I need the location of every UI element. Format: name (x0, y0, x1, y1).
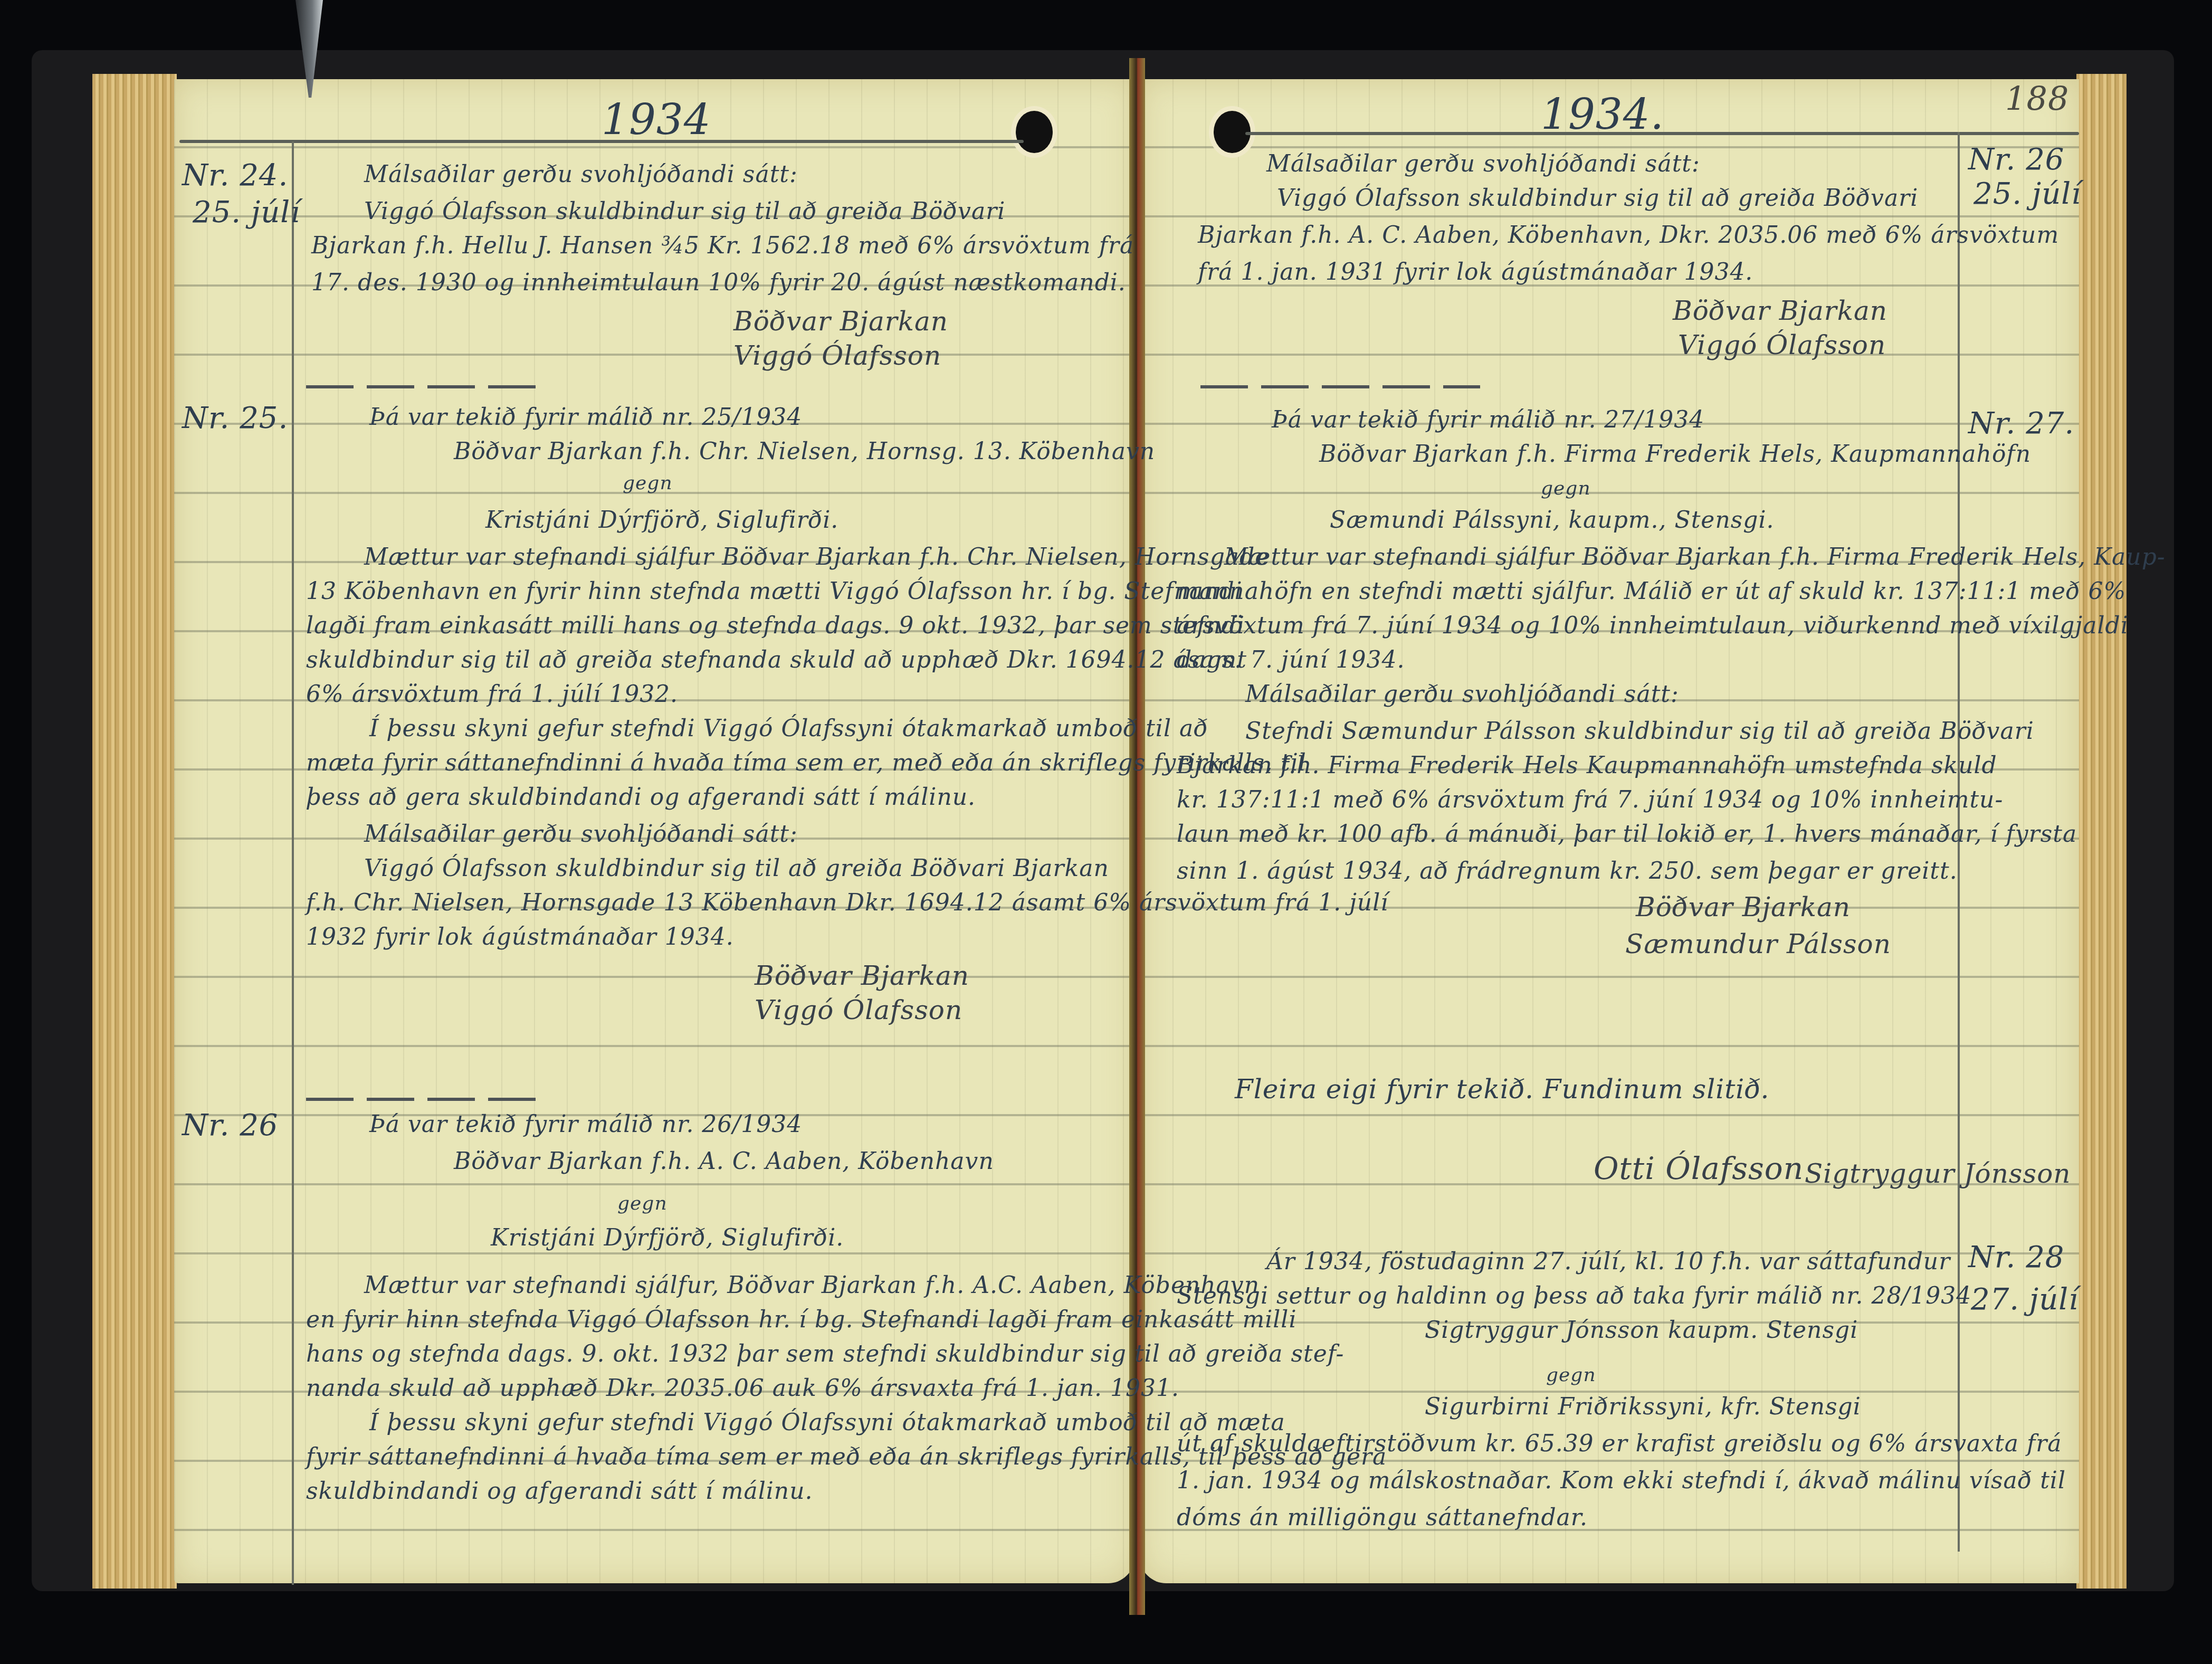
entry-separator (306, 1098, 549, 1101)
entry-line: Ár 1934, föstudaginn 27. júlí, kl. 10 f.… (1266, 1248, 1950, 1275)
entry-line: Bjarkan f.h. Hellu J. Hansen ¾5 Kr. 1562… (311, 232, 1134, 259)
entry-line: þess að gera skuldbindandi og afgerandi … (306, 784, 976, 811)
entry-separator (306, 385, 549, 388)
entry-line: Viggó Ólafsson skuldbindur sig til að gr… (1277, 185, 1918, 212)
entry-line: mæta fyrir sáttanefndinni á hvaða tíma s… (306, 749, 1307, 776)
entry-number: Nr. 25. (182, 401, 288, 435)
entry-line: Viggó Ólafsson skuldbindur sig til að gr… (364, 198, 1005, 225)
gegn-label: gegn (1541, 478, 1591, 499)
signature: Viggó Ólafsson (733, 340, 941, 371)
gegn-label: gegn (1546, 1364, 1596, 1386)
binder-hole-left (1016, 111, 1053, 153)
entry-line: Málsaðilar gerðu svohljóðandi sátt: (1245, 681, 1679, 708)
left-margin-divider (292, 141, 294, 1585)
entry-number: Nr. 26 (1968, 142, 2064, 177)
signature: Sæmundur Pálsson (1625, 929, 1891, 959)
entry-line: mannahöfn en stefndi mætti sjálfur. Máli… (1177, 578, 2126, 605)
signature: Böðvar Bjarkan (1636, 892, 1851, 923)
entry-line: Kristjáni Dýrfjörð, Siglufirði. (491, 1224, 844, 1251)
entry-line: dóms án milligöngu sáttanefndar. (1177, 1504, 1588, 1531)
entry-line: Sigurbirni Friðrikssyni, kfr. Stensgi (1425, 1393, 1861, 1420)
right-year-heading: 1934. (1541, 90, 1664, 139)
entry-line: ársvöxtum frá 7. júní 1934 og 10% innhei… (1177, 612, 2129, 639)
entry-line: laun með kr. 100 afb. á mánuði, þar til … (1177, 821, 2077, 848)
entry-line: Sæmundi Pálssyni, kaupm., Stensgi. (1330, 507, 1775, 534)
entry-line: Þá var tekið fyrir málið nr. 25/1934 (369, 404, 802, 431)
entry-line: hans og stefnda dags. 9. okt. 1932 þar s… (306, 1340, 1344, 1367)
entry-line: Böðvar Bjarkan f.h. Chr. Nielsen, Hornsg… (454, 438, 1155, 465)
signature: Viggó Ólafsson (755, 995, 962, 1025)
entry-line: Sigtryggur Jónsson kaupm. Stensgi (1425, 1317, 1858, 1344)
entry-date: 25. júlí (1973, 177, 2081, 211)
entry-line: skuldbindandi og afgerandi sátt í málinu… (306, 1478, 813, 1505)
entry-separator (1200, 385, 1480, 388)
entry-line: Í þessu skyni gefur stefndi Viggó Ólafss… (369, 715, 1208, 742)
entry-line: 17. des. 1930 og innheimtulaun 10% fyrir… (311, 269, 1126, 296)
entry-date: 27. júlí (1971, 1282, 2078, 1317)
signature: Böðvar Bjarkan (755, 961, 969, 991)
left-page-edges (92, 74, 177, 1589)
entry-line: Þá var tekið fyrir málið nr. 27/1934 (1272, 406, 1704, 433)
entry-line: sinn 1. ágúst 1934, að frádregnum kr. 25… (1177, 858, 1958, 885)
entry-number: Nr. 28 (1968, 1240, 2064, 1275)
binder-hole-right (1214, 111, 1251, 153)
signature: Sigtryggur Jónsson (1805, 1158, 2071, 1189)
entry-line: Málsaðilar gerðu svohljóðandi sátt: (364, 821, 798, 848)
closing-line: Fleira eigi fyrir tekið. Fundinum slitið… (1235, 1074, 1769, 1105)
entry-line: nanda skuld að upphæð Dkr. 2035.06 auk 6… (306, 1375, 1179, 1402)
entry-line: Kristjáni Dýrfjörð, Siglufirði. (485, 507, 838, 534)
page-number: 188 (2005, 79, 2069, 118)
entry-date: 25. júlí (193, 195, 300, 230)
entry-line: frá 1. jan. 1931 fyrir lok ágústmánaðar … (1198, 259, 1753, 286)
entry-number: Nr. 26 (182, 1108, 278, 1143)
entry-number: Nr. 27. (1968, 406, 2074, 441)
right-page-edges (2076, 74, 2127, 1589)
signature: Böðvar Bjarkan (733, 306, 948, 337)
left-year-heading: 1934 (602, 95, 711, 144)
entry-line: Mættur var stefnandi sjálfur, Böðvar Bja… (364, 1272, 1260, 1299)
signature: Böðvar Bjarkan (1673, 296, 1887, 326)
entry-line: Bjarkan f.h. A. C. Aaben, Köbenhavn, Dkr… (1198, 222, 2059, 249)
entry-line: dags. 7. júní 1934. (1177, 646, 1405, 673)
entry-line: Þá var tekið fyrir málið nr. 26/1934 (369, 1111, 802, 1138)
entry-line: Bjarkan f.h. Firma Frederik Hels Kaupman… (1177, 752, 1997, 779)
entry-line: skuldbindur sig til að greiða stefnanda … (306, 646, 1247, 673)
entry-line: Böðvar Bjarkan f.h. A. C. Aaben, Köbenha… (454, 1148, 994, 1175)
entry-line: lagði fram einkasátt milli hans og stefn… (306, 612, 1245, 639)
entry-line: Viggó Ólafsson skuldbindur sig til að gr… (364, 855, 1109, 882)
entry-line: Í þessu skyni gefur stefndi Viggó Ólafss… (369, 1409, 1285, 1436)
entry-line: Mættur var stefnandi sjálfur Böðvar Bjar… (1224, 544, 2166, 570)
gegn-label: gegn (623, 472, 673, 494)
entry-line: 1932 fyrir lok ágústmánaðar 1934. (306, 924, 734, 950)
signature: Viggó Ólafsson (1678, 330, 1886, 360)
entry-line: Málsaðilar gerðu svohljóðandi sátt: (1266, 150, 1700, 177)
signature: Otti Ólafsson (1594, 1150, 1804, 1186)
entry-line: 1. jan. 1934 og málskostnaðar. Kom ekki … (1177, 1467, 2066, 1494)
entry-line: út af skuldaeftirstöðvum kr. 65.39 er kr… (1177, 1430, 2062, 1457)
entry-line: 13 Köbenhavn en fyrir hinn stefnda mætti… (306, 578, 1243, 605)
entry-line: Böðvar Bjarkan f.h. Firma Frederik Hels,… (1319, 441, 2031, 468)
entry-line: en fyrir hinn stefnda Viggó Ólafsson hr.… (306, 1306, 1296, 1333)
entry-line: 6% ársvöxtum frá 1. júlí 1932. (306, 681, 678, 708)
entry-line: Stensgi settur og haldinn og þess að tak… (1177, 1282, 1971, 1309)
entry-line: Stefndi Sæmundur Pálsson skuldbindur sig… (1245, 718, 2034, 745)
entry-number: Nr. 24. (182, 158, 288, 193)
entry-line: Málsaðilar gerðu svohljóðandi sátt: (364, 161, 798, 188)
gegn-label: gegn (617, 1193, 668, 1214)
entry-line: f.h. Chr. Nielsen, Hornsgade 13 Köbenhav… (306, 889, 1388, 916)
entry-line: Mættur var stefnandi sjálfur Böðvar Bjar… (364, 544, 1269, 570)
entry-line: kr. 137:11:1 með 6% ársvöxtum frá 7. jún… (1177, 786, 2003, 813)
